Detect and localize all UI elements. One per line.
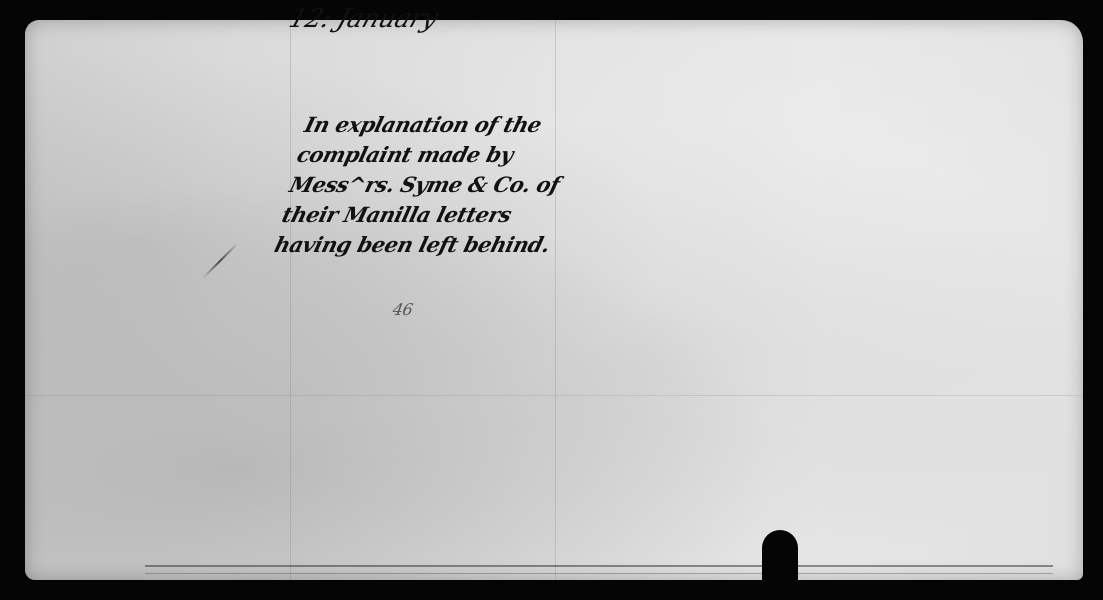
fold-line <box>25 395 1083 396</box>
stray-ink-mark <box>202 243 239 280</box>
endorsement-line: their Manilla letters <box>279 200 561 230</box>
endorsement-line: In explanation of the <box>301 110 583 140</box>
fold-line <box>555 20 556 580</box>
paper-bottom-edge <box>145 565 1053 574</box>
fold-line <box>290 20 291 580</box>
document-page <box>25 20 1083 580</box>
endorsement-line: having been left behind. <box>271 230 553 260</box>
endorsement-line: complaint made by <box>294 140 576 170</box>
folio-number: 46 <box>391 300 414 319</box>
endorsement-line: Mess^rs. Syme & Co. of <box>286 170 568 200</box>
binding-tab <box>762 530 798 600</box>
endorsement-text: In explanation of the complaint made by … <box>271 110 583 260</box>
header-date: 12: January <box>285 4 441 34</box>
